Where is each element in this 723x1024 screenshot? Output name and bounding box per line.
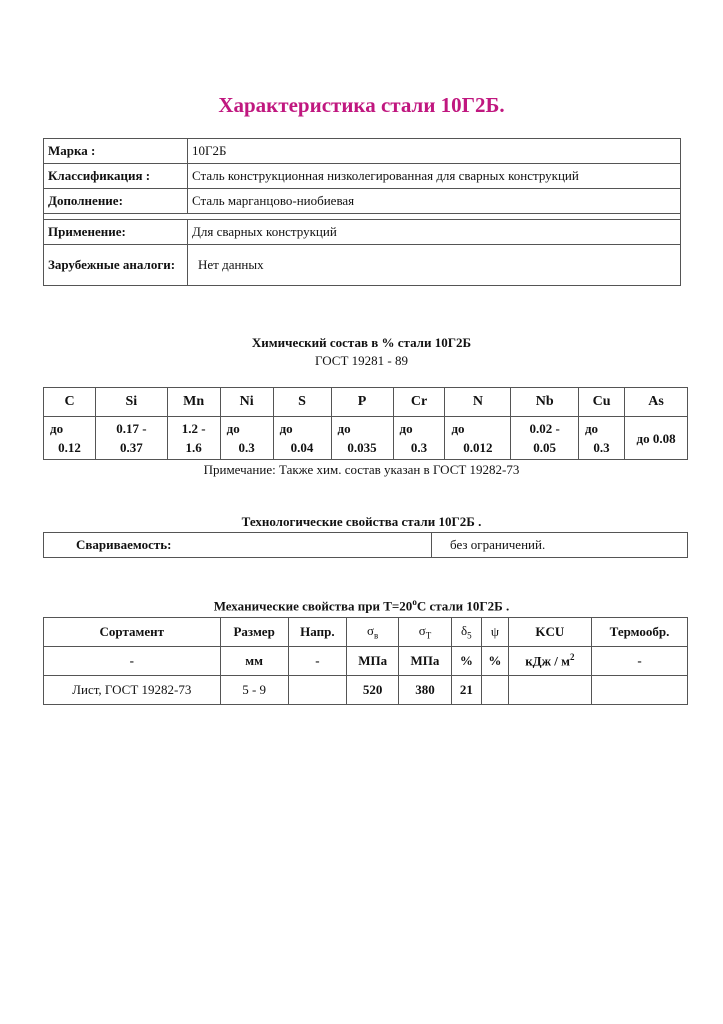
chem-element-value: до0.3 — [220, 417, 273, 460]
mech-unit: - — [592, 647, 688, 676]
mech-header: Размер — [220, 618, 288, 647]
mech-unit: МПа — [399, 647, 451, 676]
mech-cell: Лист, ГОСТ 19282-73 — [44, 676, 221, 705]
chem-element-header: Si — [96, 388, 168, 417]
mech-title: Механические свойства при Т=20oС стали 1… — [0, 597, 723, 614]
mech-cell: 520 — [347, 676, 399, 705]
chem-element-header: Cr — [393, 388, 445, 417]
mech-unit: - — [44, 647, 221, 676]
tech-table: Свариваемость:без ограничений. — [43, 532, 688, 558]
mech-cell — [288, 676, 346, 705]
mech-unit: % — [451, 647, 481, 676]
info-row-application: Применение:Для сварных конструкций — [44, 220, 681, 245]
chem-element-value: до0.012 — [445, 417, 511, 460]
tech-key: Свариваемость: — [44, 533, 432, 558]
chem-standard: ГОСТ 19281 - 89 — [0, 353, 723, 369]
chem-element-value: 0.02 -0.05 — [511, 417, 579, 460]
chem-element-header: Mn — [167, 388, 220, 417]
chem-note: Примечание: Также хим. состав указан в Г… — [0, 462, 723, 478]
info-row-grade: Марка :10Г2Б — [44, 139, 681, 164]
chem-element-value: до0.3 — [393, 417, 445, 460]
mech-header: σв — [347, 618, 399, 647]
chem-element-value: до0.12 — [44, 417, 96, 460]
info-key: Классификация : — [44, 164, 188, 189]
mech-header: Термообр. — [592, 618, 688, 647]
chem-element-value: до0.04 — [273, 417, 331, 460]
mech-header: δ5 — [451, 618, 481, 647]
chem-table: CSiMnNiSPCrNNbCuAs до0.120.17 -0.371.2 -… — [43, 387, 688, 460]
mech-unit: мм — [220, 647, 288, 676]
chem-element-value: до0.3 — [578, 417, 624, 460]
info-key: Применение: — [44, 220, 188, 245]
chem-element-header: P — [331, 388, 393, 417]
mech-header: ψ — [482, 618, 509, 647]
mech-cell: 380 — [399, 676, 451, 705]
info-value: Сталь конструкционная низколегированная … — [188, 164, 681, 189]
chem-element-header: Nb — [511, 388, 579, 417]
info-key: Зарубежные аналоги: — [44, 245, 188, 286]
table-row: Лист, ГОСТ 19282-735 - 952038021 — [44, 676, 688, 705]
info-row-addition: Дополнение:Сталь марганцово-ниобиевая — [44, 189, 681, 214]
chem-element-header: Cu — [578, 388, 624, 417]
info-key: Дополнение: — [44, 189, 188, 214]
mech-table: СортаментРазмерНапр.σвσTδ5ψKCUТермообр. … — [43, 617, 688, 705]
info-row-analogs: Зарубежные аналоги:Нет данных — [44, 245, 681, 286]
chem-element-header: S — [273, 388, 331, 417]
info-value: Для сварных конструкций — [188, 220, 681, 245]
chem-element-value: 0.17 -0.37 — [96, 417, 168, 460]
chem-element-header: C — [44, 388, 96, 417]
chem-title: Химический состав в % стали 10Г2Б — [0, 335, 723, 351]
chem-element-value: 1.2 -1.6 — [167, 417, 220, 460]
chem-element-header: N — [445, 388, 511, 417]
info-row-classification: Классификация :Сталь конструкционная низ… — [44, 164, 681, 189]
info-value: Сталь марганцово-ниобиевая — [188, 189, 681, 214]
info-table: Марка :10Г2Б Классификация :Сталь констр… — [43, 138, 681, 286]
mech-header: KCU — [508, 618, 591, 647]
chem-element-value: до0.035 — [331, 417, 393, 460]
mech-cell: 21 — [451, 676, 481, 705]
mech-cell — [592, 676, 688, 705]
info-value: 10Г2Б — [188, 139, 681, 164]
tech-title: Технологические свойства стали 10Г2Б . — [0, 514, 723, 530]
mech-header: σT — [399, 618, 451, 647]
page-title: Характеристика стали 10Г2Б. — [0, 93, 723, 118]
mech-cell — [508, 676, 591, 705]
chem-element-header: Ni — [220, 388, 273, 417]
info-value: Нет данных — [188, 245, 681, 286]
mech-unit: - — [288, 647, 346, 676]
mech-unit: МПа — [347, 647, 399, 676]
info-key: Марка : — [44, 139, 188, 164]
mech-unit: кДж / м2 — [508, 647, 591, 676]
mech-cell — [482, 676, 509, 705]
mech-unit: % — [482, 647, 509, 676]
tech-value: без ограничений. — [432, 533, 688, 558]
chem-element-value: до 0.08 — [625, 417, 688, 460]
chem-element-header: As — [625, 388, 688, 417]
mech-cell: 5 - 9 — [220, 676, 288, 705]
mech-header: Напр. — [288, 618, 346, 647]
mech-header: Сортамент — [44, 618, 221, 647]
